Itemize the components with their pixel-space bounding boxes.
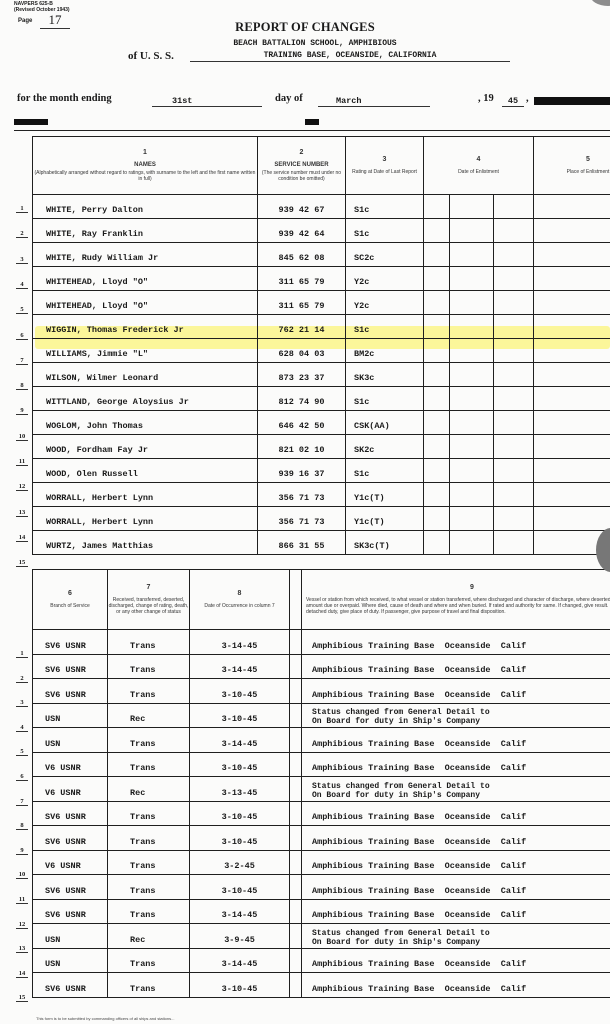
col-header-branch: 6Branch of Service [33, 570, 108, 630]
table-row: WIGGIN, Thomas Frederick Jr762 21 14S1c [33, 315, 610, 339]
rating-cell: S1c [346, 195, 424, 219]
table-row: SV6 USNRTrans3-10-45Amphibious Training … [33, 826, 610, 851]
enlist-date-cell [494, 315, 534, 339]
rating-cell: SK2c [346, 435, 424, 459]
location-line-2: On Board for duty in Ship's Company [312, 791, 610, 800]
row-number: 1 [16, 205, 28, 213]
spacer-cell [290, 630, 302, 655]
name-cell: WITTLAND, George Aloysius Jr [33, 387, 258, 411]
change-type-cell: Trans [108, 875, 190, 900]
branch-cell: USN [33, 924, 108, 949]
enlist-date-cell [424, 435, 450, 459]
enlist-place-cell [534, 195, 610, 219]
month-ending-label: for the month ending [17, 93, 112, 104]
enlist-date-cell [450, 435, 494, 459]
rating-cell: SC2c [346, 243, 424, 267]
enlist-date-cell [424, 459, 450, 483]
date-cell: 3-10-45 [190, 679, 290, 704]
col-header-names: 1NAMES(Alphabetically arranged without r… [33, 137, 258, 195]
footer-note: This form is to be submitted by commandi… [36, 1016, 174, 1021]
spacer-cell [290, 801, 302, 826]
branch-cell: USN [33, 703, 108, 728]
change-type-cell: Trans [108, 752, 190, 777]
row-number: 14 [16, 534, 28, 542]
redacted-mark [14, 119, 48, 125]
row-number: 6 [16, 773, 28, 781]
spacer-cell [290, 875, 302, 900]
unit-line-1: BEACH BATTALION SCHOOL, AMPHIBIOUS [200, 39, 430, 48]
name-cell: WOOD, Fordham Fay Jr [33, 435, 258, 459]
vessel-station-cell: Amphibious Training Base Oceanside Calif [302, 801, 610, 826]
enlist-date-cell [494, 339, 534, 363]
table-row: USNTrans3-14-45Amphibious Training Base … [33, 948, 610, 973]
table-row: SV6 USNRTrans3-14-45Amphibious Training … [33, 899, 610, 924]
name-cell: WURTZ, James Matthias [33, 531, 258, 555]
table-row: SV6 USNRTrans3-10-45Amphibious Training … [33, 801, 610, 826]
enlist-place-cell [534, 459, 610, 483]
enlist-place-cell [534, 291, 610, 315]
table-row: SV6 USNRTrans3-10-45Amphibious Training … [33, 679, 610, 704]
enlist-date-cell [494, 267, 534, 291]
date-cell: 3-9-45 [190, 924, 290, 949]
table-row: V6 USNRTrans3-10-45Amphibious Training B… [33, 752, 610, 777]
date-cell: 3-14-45 [190, 728, 290, 753]
name-cell: WORRALL, Herbert Lynn [33, 483, 258, 507]
location-line-1: Status changed from General Detail to [312, 708, 610, 717]
service-number-cell: 845 62 08 [258, 243, 346, 267]
month-field: March [318, 96, 430, 107]
vessel-station-cell: Amphibious Training Base Oceanside Calif [302, 850, 610, 875]
table-row: WILSON, Wilmer Leonard873 23 37SK3c [33, 363, 610, 387]
location-line-1: Amphibious Training Base Oceanside Calif [312, 812, 610, 822]
row-number: 3 [16, 699, 28, 707]
row-number: 8 [16, 382, 28, 390]
enlist-date-cell [424, 339, 450, 363]
rating-cell: S1c [346, 219, 424, 243]
vessel-station-cell: Status changed from General Detail toOn … [302, 924, 610, 949]
enlist-date-cell [494, 219, 534, 243]
spacer-cell [290, 973, 302, 998]
service-number-cell: 939 16 37 [258, 459, 346, 483]
col-header-date-enlistment: 4Date of Enlistment [424, 137, 534, 195]
change-type-cell: Trans [108, 948, 190, 973]
date-cell: 3-10-45 [190, 826, 290, 851]
location-line-1: Status changed from General Detail to [312, 782, 610, 791]
row-number: 8 [16, 822, 28, 830]
location-line-1: Amphibious Training Base Oceanside Calif [312, 910, 610, 920]
enlist-date-cell [450, 339, 494, 363]
table-row: WHITEHEAD, Lloyd "O"311 65 79Y2c [33, 291, 610, 315]
rating-cell: SK3c(T) [346, 531, 424, 555]
service-number-cell: 762 21 14 [258, 315, 346, 339]
enlist-place-cell [534, 483, 610, 507]
table-row: SV6 USNRTrans3-14-45Amphibious Training … [33, 654, 610, 679]
name-cell: WOGLOM, John Thomas [33, 411, 258, 435]
location-line-1: Amphibious Training Base Oceanside Calif [312, 641, 610, 651]
row-number: 3 [16, 256, 28, 264]
location-line-1: Amphibious Training Base Oceanside Calif [312, 837, 610, 847]
spacer-cell [290, 826, 302, 851]
date-cell: 3-14-45 [190, 630, 290, 655]
enlist-date-cell [450, 267, 494, 291]
enlist-date-cell [450, 291, 494, 315]
date-cell: 3-2-45 [190, 850, 290, 875]
row-number: 12 [16, 921, 28, 929]
spacer-cell [290, 654, 302, 679]
table-row: WURTZ, James Matthias866 31 55SK3c(T) [33, 531, 610, 555]
rating-cell: SK3c [346, 363, 424, 387]
row-number: 1 [16, 650, 28, 658]
row-number: 4 [16, 281, 28, 289]
table-row: WOGLOM, John Thomas646 42 50CSK(AA) [33, 411, 610, 435]
year-prefix: , 19 [478, 93, 494, 104]
vessel-station-cell: Amphibious Training Base Oceanside Calif [302, 654, 610, 679]
enlist-date-cell [450, 507, 494, 531]
redacted-mark [534, 97, 610, 105]
vessel-station-cell: Status changed from General Detail toOn … [302, 777, 610, 802]
table-row: WITTLAND, George Aloysius Jr812 74 90S1c [33, 387, 610, 411]
spacer-cell [290, 679, 302, 704]
row-number: 7 [16, 798, 28, 806]
vessel-station-cell: Amphibious Training Base Oceanside Calif [302, 899, 610, 924]
names-table: 1NAMES(Alphabetically arranged without r… [32, 136, 610, 555]
table-row: USNTrans3-14-45Amphibious Training Base … [33, 728, 610, 753]
date-cell: 3-10-45 [190, 703, 290, 728]
day-field: 31st [152, 96, 262, 107]
location-line-2: On Board for duty in Ship's Company [312, 717, 610, 726]
col-header-change-type: 7Received, transferred, deserted, discha… [108, 570, 190, 630]
service-number-cell: 939 42 64 [258, 219, 346, 243]
name-cell: WILSON, Wilmer Leonard [33, 363, 258, 387]
enlist-date-cell [424, 507, 450, 531]
name-cell: WORRALL, Herbert Lynn [33, 507, 258, 531]
table-row: SV6 USNRTrans3-14-45Amphibious Training … [33, 630, 610, 655]
year-field: 45 [502, 96, 524, 107]
table-row: WILLIAMS, Jimmie "L"628 04 03BM2c [33, 339, 610, 363]
of-us-label: of U. S. S. [128, 50, 174, 62]
name-cell: WOOD, Olen Russell [33, 459, 258, 483]
table-row: SV6 USNRTrans3-10-45Amphibious Training … [33, 875, 610, 900]
enlist-date-cell [450, 411, 494, 435]
change-type-cell: Trans [108, 826, 190, 851]
branch-cell: SV6 USNR [33, 679, 108, 704]
change-type-cell: Trans [108, 801, 190, 826]
rating-cell: Y2c [346, 267, 424, 291]
table-row: USNRec3-9-45Status changed from General … [33, 924, 610, 949]
change-type-cell: Trans [108, 973, 190, 998]
document-title: REPORT OF CHANGES [0, 20, 610, 35]
enlist-date-cell [424, 315, 450, 339]
location-line-1: Status changed from General Detail to [312, 929, 610, 938]
enlist-date-cell [494, 291, 534, 315]
spacer-cell [290, 728, 302, 753]
row-number: 9 [16, 847, 28, 855]
vessel-station-cell: Amphibious Training Base Oceanside Calif [302, 630, 610, 655]
location-line-1: Amphibious Training Base Oceanside Calif [312, 665, 610, 675]
rating-cell: BM2c [346, 339, 424, 363]
row-number: 6 [16, 332, 28, 340]
service-number-cell: 939 42 67 [258, 195, 346, 219]
vessel-station-cell: Status changed from General Detail toOn … [302, 703, 610, 728]
enlist-date-cell [450, 459, 494, 483]
row-number: 7 [16, 357, 28, 365]
table-row: WOOD, Olen Russell939 16 37S1c [33, 459, 610, 483]
row-number: 11 [16, 458, 28, 466]
name-cell: WHITEHEAD, Lloyd "O" [33, 267, 258, 291]
enlist-date-cell [450, 531, 494, 555]
col-header-vessel-station: 9Vessel or station from which received, … [302, 570, 610, 630]
branch-cell: SV6 USNR [33, 826, 108, 851]
location-line-1: Amphibious Training Base Oceanside Calif [312, 984, 610, 994]
service-number-cell: 311 65 79 [258, 267, 346, 291]
enlist-place-cell [534, 339, 610, 363]
location-line-1: Amphibious Training Base Oceanside Calif [312, 861, 610, 871]
change-type-cell: Rec [108, 703, 190, 728]
enlist-date-cell [494, 483, 534, 507]
row-number: 4 [16, 724, 28, 732]
redacted-mark [305, 119, 319, 125]
enlist-date-cell [450, 315, 494, 339]
change-type-cell: Trans [108, 630, 190, 655]
row-number: 5 [16, 748, 28, 756]
branch-cell: SV6 USNR [33, 654, 108, 679]
location-line-1: Amphibious Training Base Oceanside Calif [312, 959, 610, 969]
name-cell: WIGGIN, Thomas Frederick Jr [33, 315, 258, 339]
enlist-date-cell [424, 531, 450, 555]
service-number-cell: 873 23 37 [258, 363, 346, 387]
enlist-date-cell [424, 219, 450, 243]
name-cell: WHITE, Ray Franklin [33, 219, 258, 243]
name-cell: WHITEHEAD, Lloyd "O" [33, 291, 258, 315]
row-number: 2 [16, 675, 28, 683]
branch-cell: SV6 USNR [33, 973, 108, 998]
rating-cell: S1c [346, 459, 424, 483]
table-row: USNRec3-10-45Status changed from General… [33, 703, 610, 728]
enlist-date-cell [450, 219, 494, 243]
enlist-date-cell [494, 507, 534, 531]
name-cell: WILLIAMS, Jimmie "L" [33, 339, 258, 363]
table-row: WOOD, Fordham Fay Jr821 02 10SK2c [33, 435, 610, 459]
divider [14, 130, 610, 131]
enlist-place-cell [534, 411, 610, 435]
spacer-cell [290, 703, 302, 728]
branch-cell: SV6 USNR [33, 630, 108, 655]
spacer-cell [290, 899, 302, 924]
rating-cell: Y1c(T) [346, 483, 424, 507]
rating-cell: S1c [346, 387, 424, 411]
enlist-date-cell [494, 243, 534, 267]
enlist-date-cell [494, 531, 534, 555]
col-spacer [290, 570, 302, 630]
branch-cell: V6 USNR [33, 752, 108, 777]
col-header-rating: 3Rating at Date of Last Report [346, 137, 424, 195]
col-header-place-enlistment: 5Place of Enlistment [534, 137, 610, 195]
year-suffix: , [526, 93, 529, 104]
enlist-date-cell [450, 483, 494, 507]
enlist-date-cell [494, 435, 534, 459]
branch-cell: V6 USNR [33, 777, 108, 802]
row-number: 11 [16, 896, 28, 904]
changes-table: 6Branch of Service 7Received, transferre… [32, 569, 610, 998]
branch-cell: V6 USNR [33, 850, 108, 875]
enlist-date-cell [424, 483, 450, 507]
enlist-date-cell [494, 387, 534, 411]
enlist-place-cell [534, 219, 610, 243]
enlist-date-cell [450, 195, 494, 219]
branch-cell: SV6 USNR [33, 899, 108, 924]
row-number: 13 [16, 509, 28, 517]
enlist-date-cell [424, 291, 450, 315]
table-row: WHITE, Rudy William Jr845 62 08SC2c [33, 243, 610, 267]
enlist-date-cell [424, 363, 450, 387]
enlist-place-cell [534, 507, 610, 531]
enlist-date-cell [494, 459, 534, 483]
row-number: 10 [16, 433, 28, 441]
location-line-2: On Board for duty in Ship's Company [312, 938, 610, 947]
scroll-indicator-top [590, 0, 610, 6]
row-number: 10 [16, 871, 28, 879]
branch-cell: SV6 USNR [33, 875, 108, 900]
enlist-date-cell [424, 267, 450, 291]
date-cell: 3-14-45 [190, 899, 290, 924]
enlist-date-cell [424, 243, 450, 267]
location-line-1: Amphibious Training Base Oceanside Calif [312, 886, 610, 896]
row-number: 13 [16, 945, 28, 953]
table-row: SV6 USNRTrans3-10-45Amphibious Training … [33, 973, 610, 998]
unit-line-2: TRAINING BASE, OCEANSIDE, CALIFORNIA [190, 51, 510, 62]
enlist-date-cell [450, 243, 494, 267]
date-cell: 3-14-45 [190, 654, 290, 679]
table-row: WORRALL, Herbert Lynn356 71 73Y1c(T) [33, 507, 610, 531]
date-cell: 3-13-45 [190, 777, 290, 802]
service-number-cell: 812 74 90 [258, 387, 346, 411]
date-cell: 3-10-45 [190, 875, 290, 900]
enlist-date-cell [450, 363, 494, 387]
change-type-cell: Rec [108, 777, 190, 802]
table-row: WHITE, Ray Franklin939 42 64S1c [33, 219, 610, 243]
rating-cell: Y2c [346, 291, 424, 315]
scanned-document-page: NAVPERS 625-B (Revised October 1943) Pag… [0, 0, 610, 1024]
enlist-date-cell [450, 387, 494, 411]
rating-cell: Y1c(T) [346, 507, 424, 531]
change-type-cell: Trans [108, 850, 190, 875]
vessel-station-cell: Amphibious Training Base Oceanside Calif [302, 752, 610, 777]
row-number: 5 [16, 306, 28, 314]
col-header-date-occurrence: 8Date of Occurrence in column 7 [190, 570, 290, 630]
table-row: V6 USNRTrans3-2-45Amphibious Training Ba… [33, 850, 610, 875]
service-number-cell: 646 42 50 [258, 411, 346, 435]
table-row: V6 USNRRec3-13-45Status changed from Gen… [33, 777, 610, 802]
vessel-station-cell: Amphibious Training Base Oceanside Calif [302, 875, 610, 900]
enlist-place-cell [534, 315, 610, 339]
location-line-1: Amphibious Training Base Oceanside Calif [312, 739, 610, 749]
branch-cell: USN [33, 728, 108, 753]
col-header-service-number: 2SERVICE NUMBER(The service number must … [258, 137, 346, 195]
enlist-date-cell [424, 195, 450, 219]
row-number: 12 [16, 483, 28, 491]
spacer-cell [290, 777, 302, 802]
vessel-station-cell: Amphibious Training Base Oceanside Calif [302, 973, 610, 998]
location-line-1: Amphibious Training Base Oceanside Calif [312, 690, 610, 700]
date-cell: 3-10-45 [190, 752, 290, 777]
enlist-place-cell [534, 435, 610, 459]
change-type-cell: Trans [108, 654, 190, 679]
service-number-cell: 866 31 55 [258, 531, 346, 555]
service-number-cell: 356 71 73 [258, 483, 346, 507]
vessel-station-cell: Amphibious Training Base Oceanside Calif [302, 826, 610, 851]
branch-cell: SV6 USNR [33, 801, 108, 826]
table-row: WORRALL, Herbert Lynn356 71 73Y1c(T) [33, 483, 610, 507]
change-type-cell: Rec [108, 924, 190, 949]
day-of-label: day of [275, 93, 303, 104]
spacer-cell [290, 948, 302, 973]
service-number-cell: 356 71 73 [258, 507, 346, 531]
location-line-1: Amphibious Training Base Oceanside Calif [312, 763, 610, 773]
vessel-station-cell: Amphibious Training Base Oceanside Calif [302, 728, 610, 753]
row-number: 15 [16, 559, 28, 567]
branch-cell: USN [33, 948, 108, 973]
service-number-cell: 311 65 79 [258, 291, 346, 315]
table-row: WHITEHEAD, Lloyd "O"311 65 79Y2c [33, 267, 610, 291]
vessel-station-cell: Amphibious Training Base Oceanside Calif [302, 948, 610, 973]
enlist-place-cell [534, 243, 610, 267]
change-type-cell: Trans [108, 728, 190, 753]
spacer-cell [290, 752, 302, 777]
row-number: 15 [16, 994, 28, 1002]
enlist-date-cell [494, 411, 534, 435]
row-number: 2 [16, 230, 28, 238]
table-row: WHITE, Perry Dalton939 42 67S1c [33, 195, 610, 219]
enlist-place-cell [534, 363, 610, 387]
row-number: 14 [16, 970, 28, 978]
enlist-place-cell [534, 267, 610, 291]
name-cell: WHITE, Perry Dalton [33, 195, 258, 219]
enlist-place-cell [534, 387, 610, 411]
change-type-cell: Trans [108, 899, 190, 924]
service-number-cell: 821 02 10 [258, 435, 346, 459]
enlist-date-cell [424, 411, 450, 435]
spacer-cell [290, 850, 302, 875]
change-type-cell: Trans [108, 679, 190, 704]
date-cell: 3-14-45 [190, 948, 290, 973]
enlist-date-cell [494, 363, 534, 387]
rating-cell: CSK(AA) [346, 411, 424, 435]
name-cell: WHITE, Rudy William Jr [33, 243, 258, 267]
vessel-station-cell: Amphibious Training Base Oceanside Calif [302, 679, 610, 704]
row-number: 9 [16, 407, 28, 415]
spacer-cell [290, 924, 302, 949]
service-number-cell: 628 04 03 [258, 339, 346, 363]
enlist-date-cell [424, 387, 450, 411]
date-cell: 3-10-45 [190, 973, 290, 998]
date-cell: 3-10-45 [190, 801, 290, 826]
enlist-date-cell [494, 195, 534, 219]
rating-cell: S1c [346, 315, 424, 339]
